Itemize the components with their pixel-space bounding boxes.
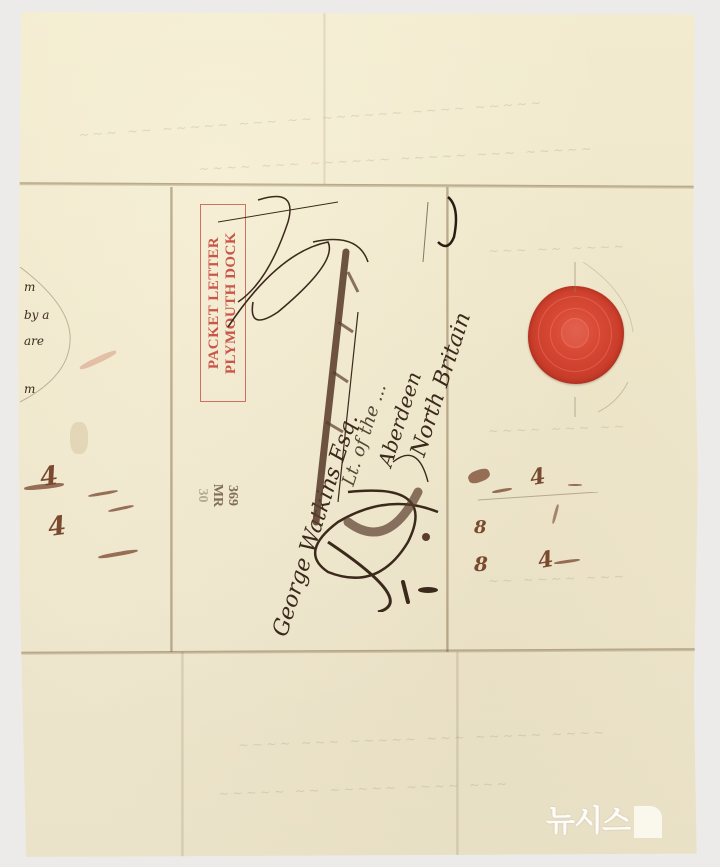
newsis-watermark: 뉴시스 — [546, 806, 662, 838]
left-fragment-text: are — [24, 334, 44, 348]
left-fragment-text: m — [24, 280, 35, 294]
ink-dash — [568, 484, 582, 486]
fold-line-faint — [456, 652, 459, 857]
stain — [70, 422, 88, 454]
postage-mark: 8 — [474, 552, 488, 576]
rule-line — [478, 492, 598, 502]
handwritten-flourish — [198, 192, 458, 612]
left-fragment-text: by a — [24, 308, 49, 322]
seal-crease — [558, 262, 638, 422]
postage-mark: 8 — [474, 517, 487, 538]
fold-line-faint — [323, 12, 326, 184]
watermark-logo-shape — [634, 806, 662, 838]
letter-photo: ~~~ ~~ ~~~~~ ~~~ ~~ ~~~~~~ ~~~~ ~~~~~ ~~… — [18, 12, 698, 857]
left-fragment-text: m — [24, 382, 35, 396]
fold-line-left — [170, 187, 173, 652]
watermark-text: 뉴시스 — [546, 807, 630, 837]
fold-line-faint — [181, 652, 184, 857]
